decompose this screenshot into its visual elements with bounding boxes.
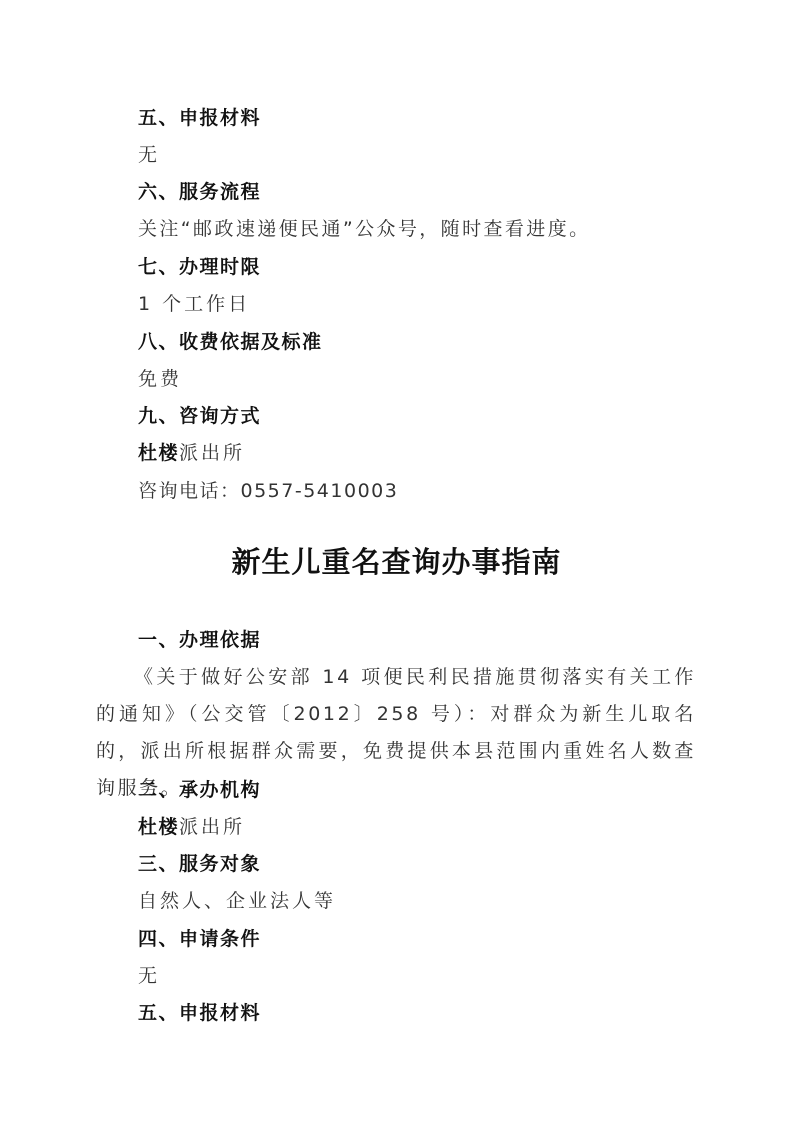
document-page: 五、申报材料 无 六、服务流程 关注“邮政速递便民通”公众号，随时查看进度。 七… [0,0,793,1122]
consult-phone: 咨询电话：0557-5410003 [138,478,398,504]
section-heading-agency: 二、承办机构 [138,777,261,803]
guide-title: 新生儿重名查询办事指南 [0,542,793,582]
agency-name-suffix: 派出所 [179,816,245,838]
section-content-conditions: 无 [138,963,160,989]
section-heading-process: 六、服务流程 [138,179,261,205]
section-content-time-limit: 1 个工作日 [138,291,250,317]
section-content-fees: 免费 [138,366,182,392]
agency-name-bold: 杜楼 [138,816,179,838]
section-heading-service-target: 三、服务对象 [138,851,261,877]
section-heading-consult: 九、咨询方式 [138,403,261,429]
station-name-suffix: 派出所 [179,442,245,464]
station-name-bold: 杜楼 [138,442,179,464]
section-heading-materials: 五、申报材料 [138,105,261,131]
section-heading-conditions: 四、申请条件 [138,926,261,952]
section-content-consult: 杜楼派出所 [138,440,245,466]
section-heading-fees: 八、收费依据及标准 [138,329,323,355]
section-content-agency: 杜楼派出所 [138,814,245,840]
section-content-process: 关注“邮政速递便民通”公众号，随时查看进度。 [138,216,591,242]
section-heading-time-limit: 七、办理时限 [138,254,261,280]
section-heading-materials-2: 五、申报材料 [138,1000,261,1026]
section-content-materials: 无 [138,142,160,168]
section-content-service-target: 自然人、企业法人等 [138,888,336,914]
section-heading-basis: 一、办理依据 [138,627,261,653]
